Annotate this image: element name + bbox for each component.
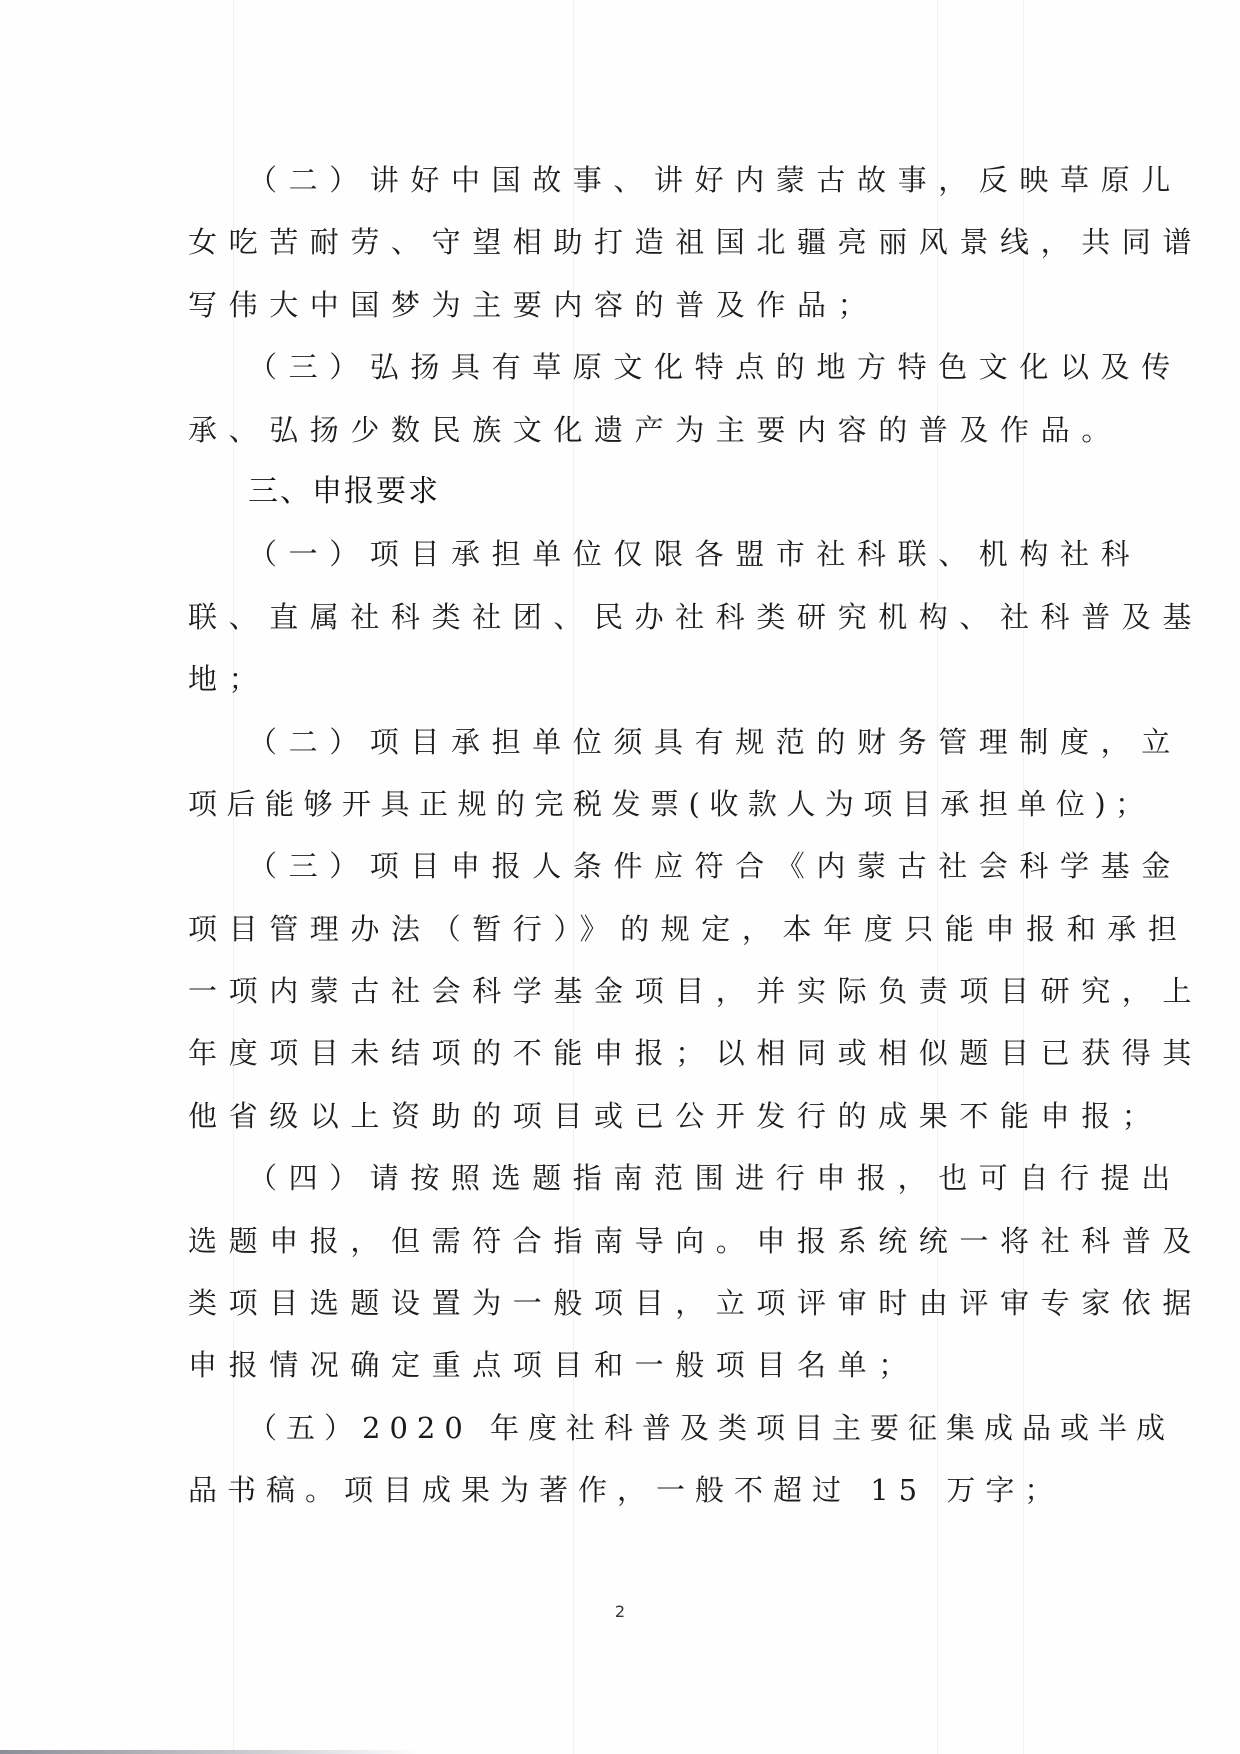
text-line: 他省级以上资助的项目或已公开发行的成果不能申报； — [188, 1096, 928, 1158]
text-line: 年度项目未结项的不能申报；以相同或相似题目已获得其 — [188, 1033, 928, 1095]
paragraph-item-2-stories: （二）讲好中国故事、讲好内蒙古故事，反映草原儿 女吃苦耐劳、守望相助打造祖国北疆… — [188, 160, 928, 347]
text-line: 品书稿。项目成果为著作，一般不超过 15 万字； — [188, 1470, 928, 1532]
text-line: （二）项目承担单位须具有规范的财务管理制度，立 — [188, 722, 928, 784]
text-line: 申报情况确定重点项目和一般项目名单； — [188, 1345, 928, 1407]
document-body: （二）讲好中国故事、讲好内蒙古故事，反映草原儿 女吃苦耐劳、守望相助打造祖国北疆… — [188, 160, 928, 1533]
text-line: 一项内蒙古社会科学基金项目，并实际负责项目研究，上 — [188, 971, 928, 1033]
text-line: （一）项目承担单位仅限各盟市社科联、机构社科 — [188, 534, 928, 596]
text-line: （二）讲好中国故事、讲好内蒙古故事，反映草原儿 — [188, 160, 928, 222]
text-line: 承、弘扬少数民族文化遗产为主要内容的普及作品。 — [188, 410, 928, 472]
requirement-5: （五）2020 年度社科普及类项目主要征集成品或半成 品书稿。项目成果为著作，一… — [188, 1408, 928, 1533]
section-heading: 三、申报要求 — [188, 472, 928, 534]
requirement-3: （三）项目申报人条件应符合《内蒙古社会科学基金 项目管理办法（暂行）》的规定，本… — [188, 846, 928, 1158]
text-line: 联、直属社科类社团、民办社科类研究机构、社科普及基 — [188, 597, 928, 659]
text-line: 写伟大中国梦为主要内容的普及作品； — [188, 285, 928, 347]
text-line: 项目管理办法（暂行）》的规定，本年度只能申报和承担 — [188, 909, 928, 971]
page-number: 2 — [0, 1602, 1240, 1621]
requirement-2: （二）项目承担单位须具有规范的财务管理制度，立 项后能够开具正规的完税发票(收款… — [188, 722, 928, 847]
requirement-4: （四）请按照选题指南范围进行申报，也可自行提出 选题申报，但需符合指南导向。申报… — [188, 1158, 928, 1408]
text-line: 选题申报，但需符合指南导向。申报系统统一将社科普及 — [188, 1221, 928, 1283]
text-line: （四）请按照选题指南范围进行申报，也可自行提出 — [188, 1158, 928, 1220]
document-page: （二）讲好中国故事、讲好内蒙古故事，反映草原儿 女吃苦耐劳、守望相助打造祖国北疆… — [0, 0, 1240, 1754]
text-line: 女吃苦耐劳、守望相助打造祖国北疆亮丽风景线，共同谱 — [188, 222, 928, 284]
text-line: 类项目选题设置为一般项目，立项评审时由评审专家依据 — [188, 1283, 928, 1345]
text-line: （五）2020 年度社科普及类项目主要征集成品或半成 — [188, 1408, 928, 1470]
text-line: （三）项目申报人条件应符合《内蒙古社会科学基金 — [188, 846, 928, 908]
scan-bottom-edge — [0, 1750, 420, 1754]
text-line: 项后能够开具正规的完税发票(收款人为项目承担单位)； — [188, 784, 928, 846]
text-line: （三）弘扬具有草原文化特点的地方特色文化以及传 — [188, 347, 928, 409]
requirement-1: （一）项目承担单位仅限各盟市社科联、机构社科 联、直属社科类社团、民办社科类研究… — [188, 534, 928, 721]
paragraph-item-3-culture: （三）弘扬具有草原文化特点的地方特色文化以及传 承、弘扬少数民族文化遗产为主要内… — [188, 347, 928, 472]
text-line: 地； — [188, 659, 928, 721]
